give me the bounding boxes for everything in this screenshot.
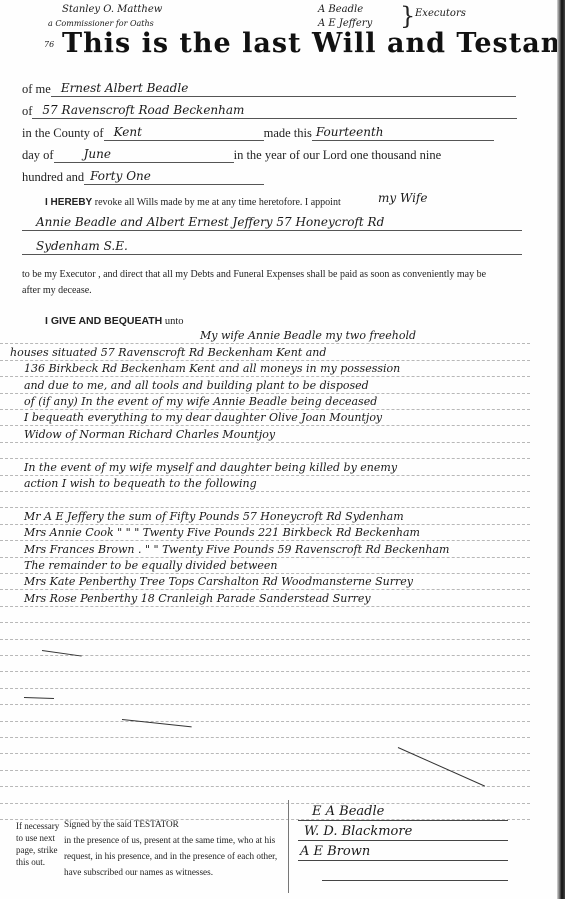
commissioner-title: a Commissioner for Oaths xyxy=(48,19,154,28)
day-of-label: day of xyxy=(22,148,54,163)
made-this-label: made this xyxy=(264,126,312,141)
executors-value-1: Annie Beadle and Albert Ernest Jeffery 5… xyxy=(36,215,384,229)
brace-icon: } xyxy=(400,2,415,30)
ruled-line xyxy=(0,704,530,721)
ruled-line xyxy=(0,639,530,656)
county-row: in the County of Kent made this Fourteen… xyxy=(22,121,494,141)
page-title: This is the last Will and Testament xyxy=(62,28,565,59)
bequest-lead: I GIVE AND BEQUEATH xyxy=(45,315,162,327)
ruled-line: action I wish to bequeath to the followi… xyxy=(0,475,530,492)
page-mark: 76 xyxy=(44,40,54,49)
bequest-line-text: The remainder to be equally divided betw… xyxy=(24,559,278,572)
ruled-line xyxy=(0,770,530,787)
ruled-line: My wife Annie Beadle my two freehold xyxy=(0,327,530,344)
of-me-label: of me xyxy=(22,82,51,97)
ruled-line: Mrs Kate Penberthy Tree Tops Carshalton … xyxy=(0,573,530,590)
year-row: hundred and Forty One xyxy=(22,165,264,185)
bequest-line-text: Mrs Frances Brown . " " Twenty Five Poun… xyxy=(24,543,449,556)
year-value: Forty One xyxy=(90,169,151,183)
binding-edge xyxy=(557,0,565,899)
ruled-line xyxy=(0,671,530,688)
bequest-line-text: 136 Birkbeck Rd Beckenham Kent and all m… xyxy=(24,362,400,375)
ruled-line: and due to me, and all tools and buildin… xyxy=(0,376,530,393)
address-field: 57 Ravenscroft Road Beckenham xyxy=(32,103,517,119)
bequest-line-text: Mrs Rose Penberthy 18 Cranleigh Parade S… xyxy=(24,592,371,605)
bequest-line-text: Widow of Norman Richard Charles Mountjoy xyxy=(24,428,275,441)
bequest-line-text: Mr A E Jeffery the sum of Fifty Pounds 5… xyxy=(24,510,404,523)
revocation-clause: I HEREBY revoke all Wills made by me at … xyxy=(45,197,341,208)
ruled-line: I bequeath everything to my dear daughte… xyxy=(0,409,530,426)
bequest-line-text: In the event of my wife myself and daugh… xyxy=(24,461,397,474)
bequest-line-text: and due to me, and all tools and buildin… xyxy=(24,379,369,392)
signature-line-witness-2: A E Brown xyxy=(298,843,508,861)
executors-line-1: Annie Beadle and Albert Ernest Jeffery 5… xyxy=(22,214,522,231)
after-decease: after my decease. xyxy=(22,285,92,296)
ruled-line: Mrs Frances Brown . " " Twenty Five Poun… xyxy=(0,540,530,557)
bequest-lead-suffix: unto xyxy=(165,316,184,327)
bequest-line-text: houses situated 57 Ravenscroft Rd Becken… xyxy=(10,346,326,359)
address-row: of 57 Ravenscroft Road Beckenham xyxy=(22,99,517,119)
county-label: in the County of xyxy=(22,126,104,141)
month-value: June xyxy=(84,147,111,161)
month-field: June xyxy=(54,147,234,163)
executor-signature-1: A Beadle xyxy=(318,4,363,15)
county-field: Kent xyxy=(104,125,264,141)
day-value: Fourteenth xyxy=(316,125,384,139)
ruled-line: Mr A E Jeffery the sum of Fifty Pounds 5… xyxy=(0,507,530,524)
executors-value-2: Sydenham S.E. xyxy=(36,239,128,253)
revocation-text: revoke all Wills made by me at any time … xyxy=(95,197,341,208)
commissioner-signature: Stanley O. Matthew xyxy=(62,4,162,15)
bequest-line-text: Mrs Annie Cook " " " Twenty Five Pounds … xyxy=(24,526,420,539)
ruled-line xyxy=(0,655,530,672)
ruled-line xyxy=(0,491,530,508)
signature-witness-2: A E Brown xyxy=(300,844,370,859)
executor-direction: to be my Executor , and direct that all … xyxy=(22,269,486,280)
ruled-line: The remainder to be equally divided betw… xyxy=(0,557,530,574)
testator-name-field: Ernest Albert Beadle xyxy=(51,81,516,97)
hundred-label: hundred and xyxy=(22,170,84,185)
attestation-line-4: have subscribed our names as witnesses. xyxy=(64,864,284,880)
margin-note: If necessary to use next page, strike th… xyxy=(16,820,64,868)
ruled-line xyxy=(0,622,530,639)
bequest-line-text: Mrs Kate Penberthy Tree Tops Carshalton … xyxy=(24,575,413,588)
attestation-line-3: request, in his presence, and in the pre… xyxy=(64,848,284,864)
signature-line-blank xyxy=(322,863,508,881)
ruled-line: Mrs Annie Cook " " " Twenty Five Pounds … xyxy=(0,524,530,541)
month-row: day of June in the year of our Lord one … xyxy=(22,143,441,163)
signature-testator: E A Beadle xyxy=(312,804,384,819)
ruled-line: Mrs Rose Penberthy 18 Cranleigh Parade S… xyxy=(0,589,530,606)
bequest-line-text: action I wish to bequeath to the followi… xyxy=(24,477,257,490)
signature-bracket xyxy=(288,800,289,893)
revocation-lead: I HEREBY xyxy=(45,197,92,208)
executors-label: Executors xyxy=(415,8,466,19)
ruled-line: 136 Birkbeck Rd Beckenham Kent and all m… xyxy=(0,360,530,377)
bequest-line-text: I bequeath everything to my dear daughte… xyxy=(24,411,382,424)
bequest-line-text: My wife Annie Beadle my two freehold xyxy=(200,329,416,342)
appointee-lead: my Wife xyxy=(378,191,427,205)
ruled-line xyxy=(0,688,530,705)
year-field: Forty One xyxy=(84,169,264,185)
ruled-line: of (if any) In the event of my wife Anni… xyxy=(0,393,530,410)
ruled-line xyxy=(0,753,530,770)
ruled-line xyxy=(0,737,530,754)
ruled-line: houses situated 57 Ravenscroft Rd Becken… xyxy=(0,343,530,360)
ruled-line xyxy=(0,442,530,459)
signature-witness-1: W. D. Blackmore xyxy=(304,824,412,839)
bequest-line-text: of (if any) In the event of my wife Anni… xyxy=(24,395,377,408)
of-label: of xyxy=(22,104,32,119)
testator-name-value: Ernest Albert Beadle xyxy=(61,81,188,95)
testator-name-row: of me Ernest Albert Beadle xyxy=(22,77,516,97)
address-value: 57 Ravenscroft Road Beckenham xyxy=(42,103,244,117)
bequest-heading: I GIVE AND BEQUEATH unto xyxy=(45,315,184,327)
year-label: in the year of our Lord one thousand nin… xyxy=(234,148,442,163)
ruled-line xyxy=(0,606,530,623)
ruled-line: In the event of my wife myself and daugh… xyxy=(0,458,530,475)
ruled-line xyxy=(0,786,530,803)
day-field: Fourteenth xyxy=(312,125,494,141)
county-value: Kent xyxy=(114,125,142,139)
attestation-line-2: in the presence of us, present at the sa… xyxy=(64,832,284,848)
will-page: Stanley O. Matthew a Commissioner for Oa… xyxy=(0,0,565,899)
signature-line-witness-1: W. D. Blackmore xyxy=(298,823,508,841)
attestation-clause: Signed by the said TESTATOR in the prese… xyxy=(64,816,284,880)
ruled-line xyxy=(0,721,530,738)
attestation-line-1: Signed by the said TESTATOR xyxy=(64,816,284,832)
ruled-line: Widow of Norman Richard Charles Mountjoy xyxy=(0,425,530,442)
signature-line-testator: E A Beadle xyxy=(298,803,508,821)
executors-line-2: Sydenham S.E. xyxy=(22,238,522,255)
